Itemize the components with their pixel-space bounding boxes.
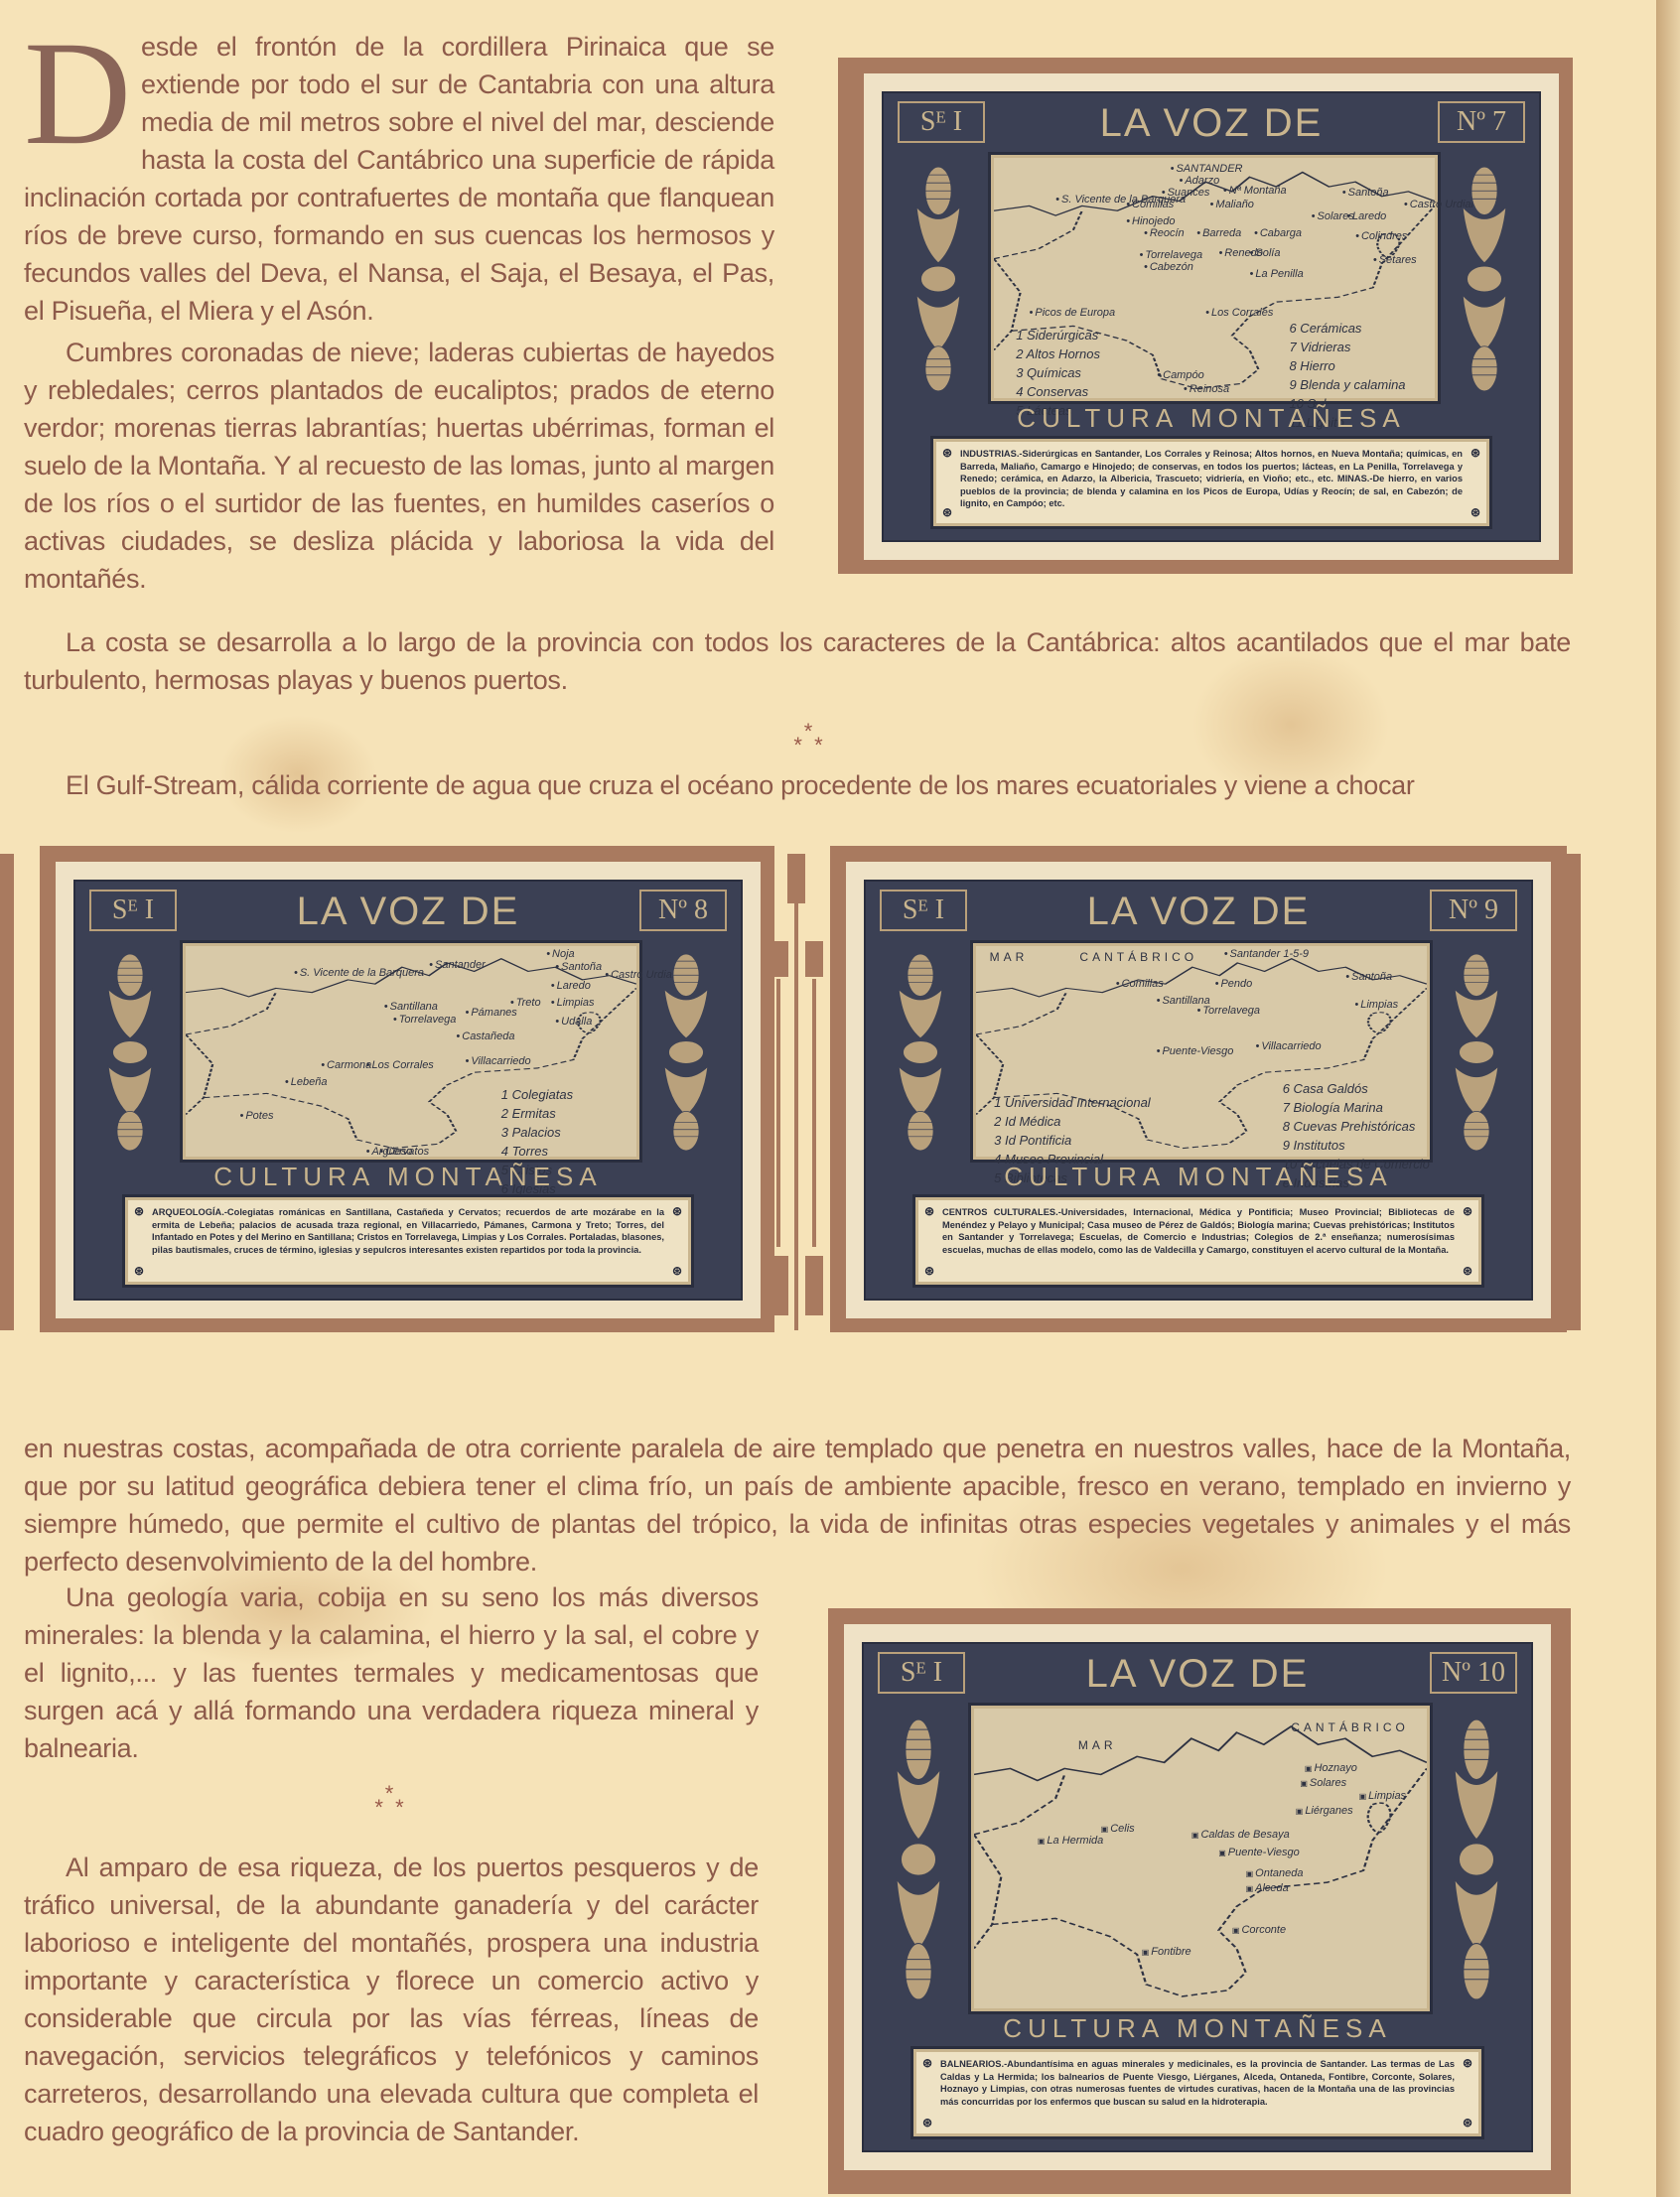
trading-card-10: Sᴱ ILA VOZ DE CANTABRIANº 10 MARCANTÁBRI… xyxy=(844,1624,1551,2170)
legend-item: 2 Id Médica xyxy=(994,1112,1151,1131)
map-place-label: Cabarga xyxy=(1254,227,1302,239)
article-gulf-stream-cont: en nuestras costas, acompañada de otra c… xyxy=(24,1430,1571,1580)
bullet-icon: ⊛ xyxy=(672,1205,682,1218)
legend-item: 3 Palacios xyxy=(501,1123,573,1142)
frame-bar xyxy=(1567,854,1581,1330)
legend-item: 4 Torres xyxy=(501,1142,573,1161)
caption-heading: ARQUEOLOGÍA. xyxy=(152,1207,224,1217)
bullet-icon: ⊛ xyxy=(1470,506,1480,519)
card-caption: ⊛⊛⊛⊛BALNEARIOS.-Abundantísima en aguas m… xyxy=(913,2049,1481,2136)
paragraph-2: Cumbres coronadas de nieve; laderas cubi… xyxy=(24,334,774,598)
paragraph-3: La costa se desarrolla a lo largo de la … xyxy=(24,623,1571,699)
map-place-label: Santoña xyxy=(555,961,602,973)
legend-item: 8 Hierro xyxy=(1289,356,1405,375)
caption-text: -Siderúrgicas en Santander, Los Corrales… xyxy=(960,449,1463,508)
province-map: MARCANTÁBRICOHoznayoSolaresLimpiasLiérga… xyxy=(971,1706,1430,2011)
map-place-label: Santander 1-5-9 xyxy=(1224,948,1309,960)
map-place-label: Corconte xyxy=(1232,1924,1286,1936)
card-header: Sᴱ ILA VOZ DE CANTABRIANº 7 xyxy=(884,101,1539,149)
bullet-icon: ⊛ xyxy=(1463,2117,1472,2129)
legend-item: 9 Institutos xyxy=(1283,1136,1452,1155)
legend-item: 1 Colegiatas xyxy=(501,1085,573,1104)
trading-card-8: Sᴱ ILA VOZ DE CANTABRIANº 8 S. Vicente d… xyxy=(56,862,761,1318)
map-place-label: Castañeda xyxy=(456,1030,514,1042)
map-place-label: Laredo xyxy=(1346,210,1386,222)
bullet-icon: ⊛ xyxy=(672,1265,682,1278)
map-place-label: Pendo xyxy=(1215,978,1253,990)
card-number: Nº 10 xyxy=(1430,1652,1517,1694)
paragraph-1: esde el frontón de la cordillera Pirinai… xyxy=(24,32,774,326)
article-coast: La costa se desarrolla a lo largo de la … xyxy=(24,623,1571,699)
legend-item: 9 Blenda y calamina xyxy=(1289,375,1405,394)
card-caption: ⊛⊛⊛⊛CENTROS CULTURALES.-Universidades, I… xyxy=(915,1197,1481,1285)
map-place-label: Barreda xyxy=(1196,227,1241,239)
map-place-label: Caldas de Besaya xyxy=(1191,1829,1290,1841)
map-place-label: Setares xyxy=(1373,254,1417,266)
corn-ornament-right-icon xyxy=(1444,1710,1509,2009)
legend-item: 2 Ermitas xyxy=(501,1104,573,1123)
legend-item: 7 Biología Marina xyxy=(1283,1098,1452,1117)
card-footer-title: CULTURA MONTAÑESA xyxy=(884,403,1539,434)
legend-item: 8 Cuevas Prehistóricas xyxy=(1283,1117,1452,1136)
sea-label: MAR xyxy=(1078,1738,1117,1752)
map-place-label: Solares xyxy=(1300,1777,1346,1789)
page-edge xyxy=(1656,0,1680,2197)
card-footer-title: CULTURA MONTAÑESA xyxy=(864,2013,1531,2044)
series-label: Sᴱ I xyxy=(880,890,967,931)
bullet-icon: ⊛ xyxy=(134,1265,144,1278)
map-place-label: Solía xyxy=(1250,247,1281,259)
series-label: Sᴱ I xyxy=(898,101,985,143)
map-place-label: Campóo xyxy=(1157,369,1203,381)
trading-card-9: Sᴱ ILA VOZ DE CANTABRIANº 9 MARCANTÁBRIC… xyxy=(846,862,1551,1318)
legend-item: 6 Cerámicas xyxy=(1289,319,1405,338)
card-number: Nº 8 xyxy=(639,890,727,931)
section-separator: ** * xyxy=(359,1787,419,1815)
article-geology: Una geología varia, cobija en su seno lo… xyxy=(24,1579,759,1767)
map-place-label: Liérganes xyxy=(1296,1805,1353,1817)
corn-ornament-left-icon xyxy=(97,947,163,1158)
map-place-label: Cabezón xyxy=(1144,261,1193,273)
bullet-icon: ⊛ xyxy=(942,447,952,460)
article-intro: Desde el frontón de la cordillera Pirina… xyxy=(24,28,774,598)
corn-ornament-left-icon xyxy=(886,1710,951,2009)
map-place-label: Santoña xyxy=(1345,971,1392,983)
card-header: Sᴱ ILA VOZ DE CANTABRIANº 8 xyxy=(75,890,741,937)
map-place-label: Puente-Viesgo xyxy=(1218,1847,1300,1858)
corn-ornament-right-icon xyxy=(1444,947,1509,1158)
map-place-label: Reinosa xyxy=(1184,383,1229,395)
legend-item: 2 Altos Hornos xyxy=(1016,344,1100,363)
map-place-label: Torrelavega xyxy=(1196,1005,1260,1017)
map-place-label: Potes xyxy=(239,1110,273,1122)
map-place-label: Torrelavega xyxy=(393,1014,457,1026)
map-place-label: Lebeña xyxy=(285,1076,328,1088)
bullet-icon: ⊛ xyxy=(1463,2057,1472,2070)
map-place-label: S. Vicente de la Barquera xyxy=(294,967,424,979)
province-map: MARCANTÁBRICOSantander 1-5-9ComillasPend… xyxy=(973,943,1430,1160)
paragraph-4-cont: en nuestras costas, acompañada de otra c… xyxy=(24,1430,1571,1580)
paragraph-5: Una geología varia, cobija en su seno lo… xyxy=(24,1579,759,1767)
map-place-label: Torrelavega xyxy=(1140,249,1203,261)
bullet-icon: ⊛ xyxy=(922,2117,932,2129)
bullet-icon: ⊛ xyxy=(1470,447,1480,460)
frame-bar xyxy=(0,854,14,1330)
bullet-icon: ⊛ xyxy=(1463,1205,1472,1218)
paragraph-6: Al amparo de esa riqueza, de los puertos… xyxy=(24,1849,759,2150)
section-separator: ** * xyxy=(778,725,838,753)
card-caption: ⊛⊛⊛⊛ARQUEOLOGÍA.-Colegiatas románicas en… xyxy=(125,1197,691,1285)
map-place-label: La Hermida xyxy=(1038,1835,1103,1847)
bullet-icon: ⊛ xyxy=(134,1205,144,1218)
map-place-label: SANTANDER xyxy=(1171,163,1243,175)
map-place-label: Nª Montaña xyxy=(1223,185,1287,197)
map-place-label: Santillana xyxy=(384,1001,438,1013)
map-place-label: Santoña xyxy=(1342,187,1389,199)
map-place-label: Maliaño xyxy=(1210,199,1254,210)
card-footer-title: CULTURA MONTAÑESA xyxy=(75,1162,741,1192)
legend-item: 3 Id Pontificia xyxy=(994,1131,1151,1150)
map-place-label: Ontaneda xyxy=(1246,1867,1304,1879)
map-outline xyxy=(974,1709,1427,2008)
card-body: Sᴱ ILA VOZ DE CANTABRIANº 8 S. Vicente d… xyxy=(73,880,743,1301)
legend-item: 7 Vidrieras xyxy=(1289,338,1405,356)
paragraph-4-start: El Gulf-Stream, cálida corriente de agua… xyxy=(24,766,1571,804)
map-place-label: Cervatos xyxy=(379,1146,429,1158)
caption-heading: INDUSTRIAS. xyxy=(960,449,1019,459)
trading-card-7: Sᴱ ILA VOZ DE CANTABRIANº 7 SANTANDERAda… xyxy=(864,73,1559,560)
corn-ornament-left-icon xyxy=(906,159,971,399)
map-place-label: Limpias xyxy=(1359,1790,1406,1802)
map-place-label: Villacarriedo xyxy=(1255,1040,1321,1052)
map-place-label: Adarzo xyxy=(1179,175,1219,187)
corn-ornament-right-icon xyxy=(1452,159,1517,399)
map-place-label: Colindres xyxy=(1355,230,1407,242)
province-map: SANTANDERAdarzoSuancesNª MontañaS. Vicen… xyxy=(991,155,1438,401)
map-place-label: Limpias xyxy=(1354,999,1398,1011)
sea-label: CANTÁBRICO xyxy=(1291,1720,1409,1734)
legend-item: 3 Químicas xyxy=(1016,363,1100,382)
series-label: Sᴱ I xyxy=(89,890,177,931)
caption-text: -Abundantísima en aguas minerales y medi… xyxy=(940,2059,1455,2107)
map-place-label: Hoznayo xyxy=(1305,1762,1357,1774)
card-number: Nº 9 xyxy=(1430,890,1517,931)
bullet-icon: ⊛ xyxy=(1463,1265,1472,1278)
map-place-label: Udalla xyxy=(555,1016,592,1028)
card-header: Sᴱ ILA VOZ DE CANTABRIANº 10 xyxy=(864,1652,1531,1700)
legend-item: 6 Casa Galdós xyxy=(1283,1079,1452,1098)
caption-heading: CENTROS CULTURALES. xyxy=(942,1207,1058,1217)
map-place-label: Alceda xyxy=(1246,1882,1289,1894)
bullet-icon: ⊛ xyxy=(924,1205,934,1218)
map-place-label: Noja xyxy=(546,948,574,960)
province-map: S. Vicente de la BarqueraSantanderNojaSa… xyxy=(183,943,639,1160)
map-place-label: Comillas xyxy=(1126,199,1174,210)
map-place-label: Celis xyxy=(1101,1823,1135,1835)
legend-item: 4 Conservas xyxy=(1016,382,1100,401)
map-place-label: Puente-Viesgo xyxy=(1157,1045,1234,1057)
bullet-icon: ⊛ xyxy=(924,1265,934,1278)
bullet-icon: ⊛ xyxy=(942,506,952,519)
card-body: Sᴱ ILA VOZ DE CANTABRIANº 10 MARCANTÁBRI… xyxy=(862,1642,1533,2152)
map-place-label: Picos de Europa xyxy=(1030,307,1116,319)
caption-heading: BALNEARIOS. xyxy=(940,2059,1004,2069)
legend-item: 1 Universidad Internacional xyxy=(994,1093,1151,1112)
card-footer-title: CULTURA MONTAÑESA xyxy=(866,1162,1531,1192)
legend-item: 1 Siderúrgicas xyxy=(1016,326,1100,344)
drop-cap: D xyxy=(24,34,131,153)
sea-label: MAR xyxy=(990,950,1029,964)
map-place-label: Comillas xyxy=(1116,978,1164,990)
map-place-label: Hinojedo xyxy=(1126,215,1175,227)
series-label: Sᴱ I xyxy=(878,1652,965,1694)
card-number: Nº 7 xyxy=(1438,101,1525,143)
map-place-label: Villacarriedo xyxy=(465,1055,530,1067)
corn-ornament-left-icon xyxy=(888,947,953,1158)
map-place-label: Limpias xyxy=(551,997,595,1009)
map-place-label: Los Corrales xyxy=(366,1059,434,1071)
card-header: Sᴱ ILA VOZ DE CANTABRIANº 9 xyxy=(866,890,1531,937)
map-place-label: Los Corrales xyxy=(1205,307,1273,319)
caption-text: -Colegiatas románicas en Santillana, Cas… xyxy=(152,1207,664,1255)
bullet-icon: ⊛ xyxy=(922,2057,932,2070)
corn-ornament-right-icon xyxy=(653,947,719,1158)
card-body: Sᴱ ILA VOZ DE CANTABRIANº 7 SANTANDERAda… xyxy=(882,91,1541,542)
map-place-label: Reocín xyxy=(1144,227,1185,239)
map-place-label: Carmona xyxy=(321,1059,371,1071)
map-place-label: Fontibre xyxy=(1142,1946,1191,1958)
card-caption: ⊛⊛⊛⊛INDUSTRIAS.-Siderúrgicas en Santande… xyxy=(933,439,1489,526)
map-place-label: Laredo xyxy=(551,980,591,992)
sea-label: CANTÁBRICO xyxy=(1079,950,1197,964)
article-gulf-stream-start: El Gulf-Stream, cálida corriente de agua… xyxy=(24,766,1571,804)
map-place-label: La Penilla xyxy=(1250,268,1304,280)
map-place-label: Pámanes xyxy=(465,1007,516,1019)
map-place-label: Santander xyxy=(429,959,486,971)
card-body: Sᴱ ILA VOZ DE CANTABRIANº 9 MARCANTÁBRIC… xyxy=(864,880,1533,1301)
article-industry: Al amparo de esa riqueza, de los puertos… xyxy=(24,1849,759,2150)
